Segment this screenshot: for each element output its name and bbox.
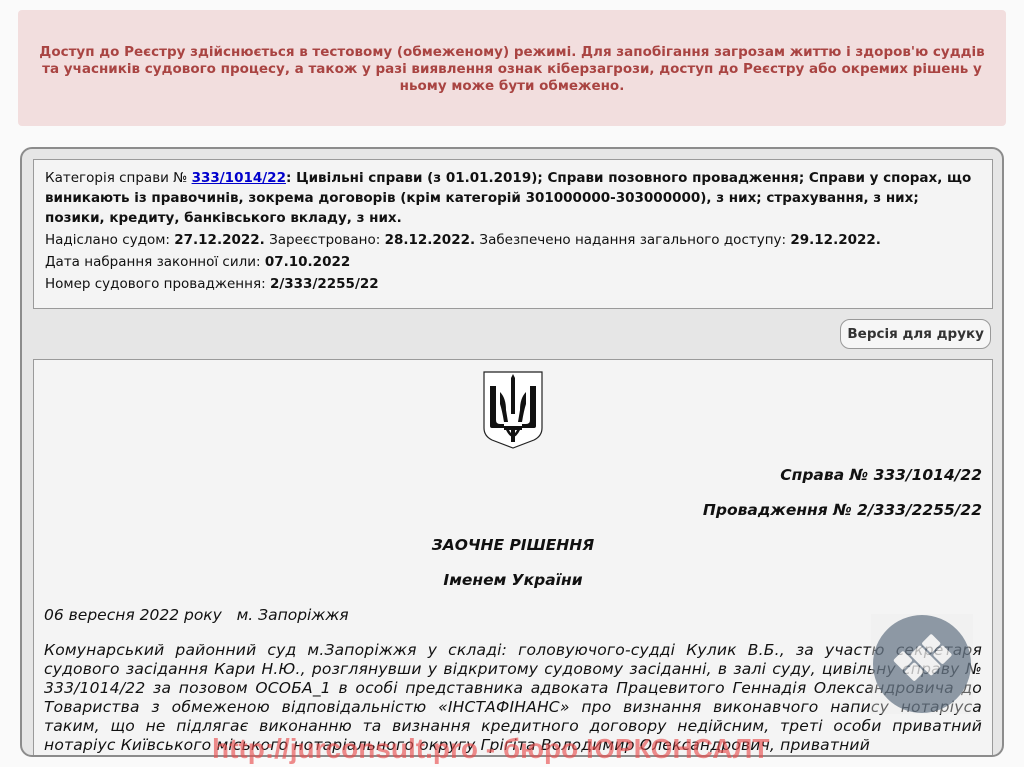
access-date: 29.12.2022. (790, 232, 881, 248)
case-number-heading: Справа № 333/1014/22 (44, 466, 982, 485)
decision-container: Категорія справи № 333/1014/22: Цивільні… (20, 147, 1004, 757)
sent-date: 27.12.2022. (174, 232, 265, 248)
access-notice-text: Доступ до Реєстру здійснюється в тестово… (39, 44, 984, 94)
proceeding-number-heading: Провадження № 2/333/2255/22 (44, 501, 982, 520)
url-watermark: http://jurconsult.pro - бюро ЮРКОНСАЛТ (212, 733, 770, 765)
case-dates: Надіслано судом: 27.12.2022. Зареєстрова… (45, 230, 981, 250)
case-category: Категорія справи № 333/1014/22: Цивільні… (45, 168, 981, 228)
access-notice-banner: Доступ до Реєстру здійснюється в тестово… (18, 10, 1006, 126)
decision-title: ЗАОЧНЕ РІШЕННЯ (44, 536, 982, 555)
print-version-button[interactable]: Версія для друку (840, 319, 991, 349)
proceeding-number: 2/333/2255/22 (270, 276, 379, 292)
decision-subtitle: Іменем України (44, 571, 982, 590)
case-number-link[interactable]: 333/1014/22 (192, 170, 286, 186)
effective-date: 07.10.2022 (265, 254, 350, 270)
decision-document: Справа № 333/1014/22 Провадження № 2/333… (33, 359, 993, 757)
registered-date: 28.12.2022. (385, 232, 476, 248)
effective-date-row: Дата набрання законної сили: 07.10.2022 (45, 252, 981, 272)
ukraine-trident-emblem-icon (482, 370, 544, 450)
decision-date-place: 06 вересня 2022 року м. Запоріжжя (44, 606, 982, 625)
case-info-panel: Категорія справи № 333/1014/22: Цивільні… (33, 159, 993, 309)
proceeding-number-row: Номер судового провадження: 2/333/2255/2… (45, 274, 981, 294)
